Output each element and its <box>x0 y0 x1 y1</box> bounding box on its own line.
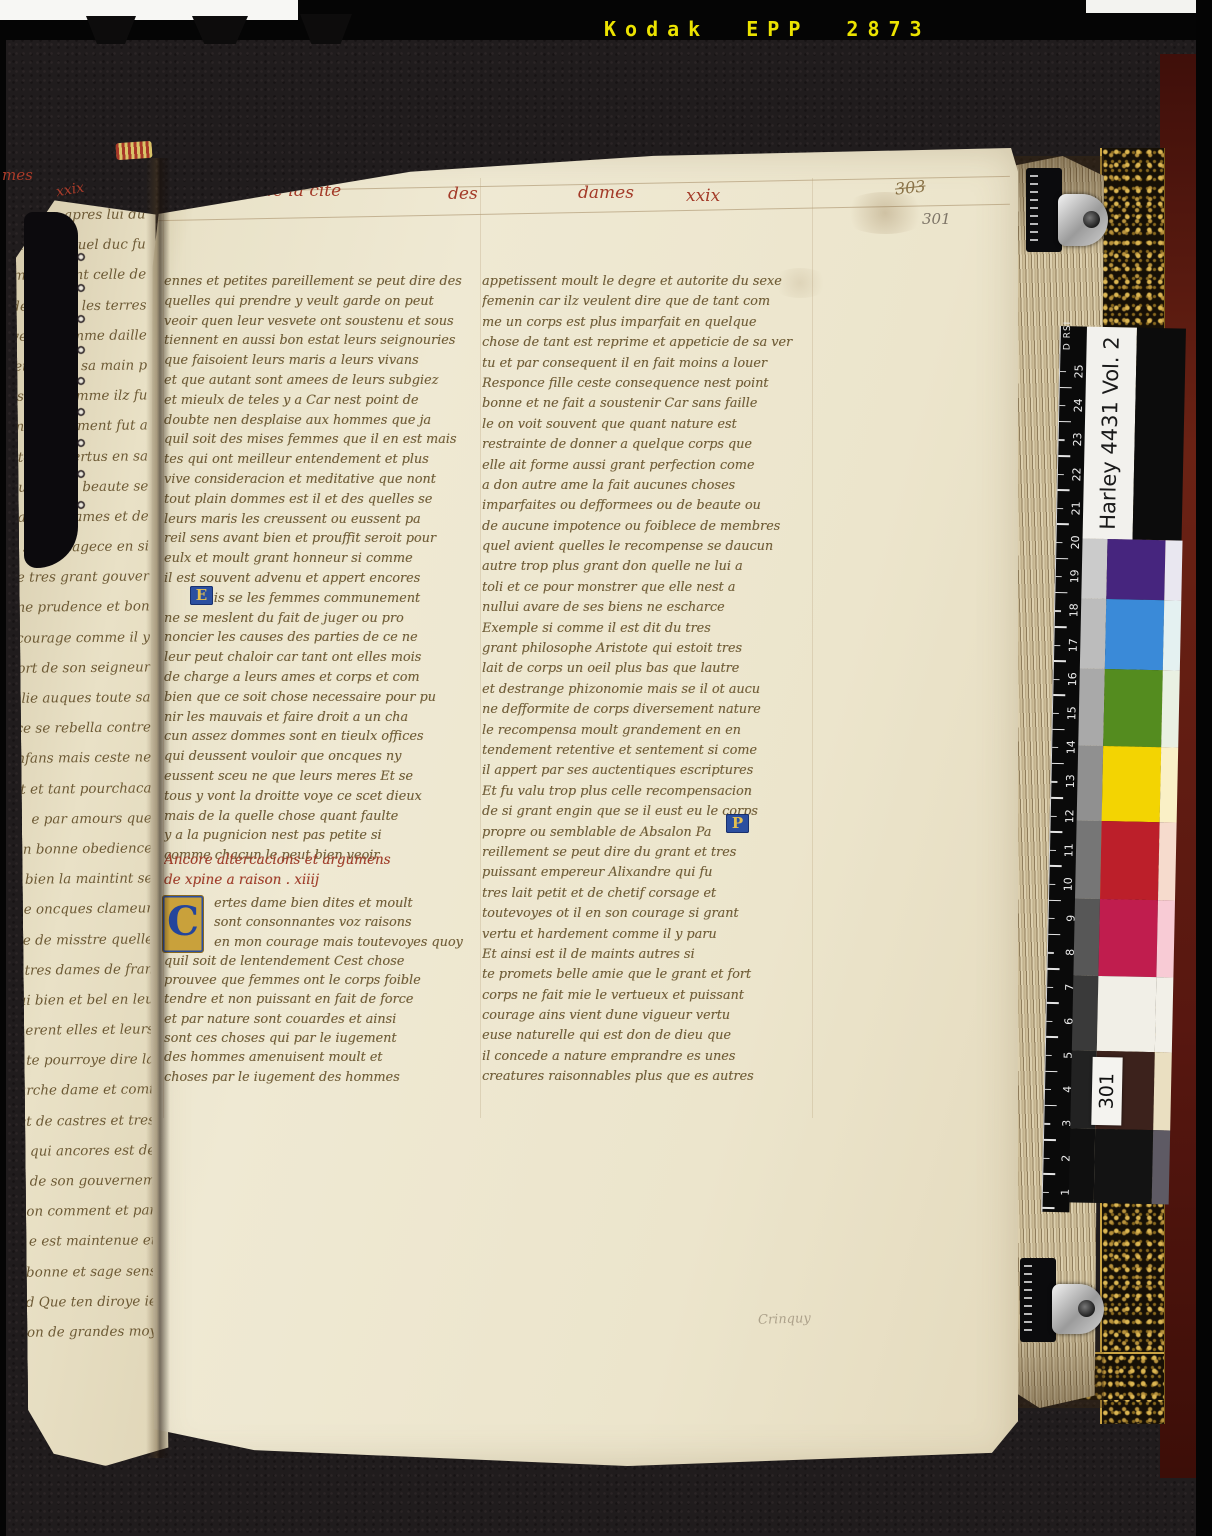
ruler-unit: 17 <box>1054 628 1082 663</box>
ruler-number: 24 <box>1072 399 1085 413</box>
ruler-mid-tick <box>1048 952 1054 953</box>
chapter-rubric: Ancore altercacions et argumensde xpine … <box>164 850 482 890</box>
manuscript-line: d Que ten diroye ie <box>27 1286 157 1318</box>
ruling-line-vertical <box>812 178 813 1118</box>
ruler-number: 10 <box>1062 877 1075 891</box>
manuscript-line: vive consideracion et meditative que non… <box>164 470 482 490</box>
ruler-tick <box>1043 1207 1055 1209</box>
manuscript-line: e de son gouvernem <box>25 1165 155 1197</box>
manuscript-line: eulx et moult grant honneur si comme <box>164 549 482 569</box>
manuscript-line: et mieulx de teles y a Car nest point de <box>164 391 482 411</box>
manuscript-line: de si grant engin que se il eust eu le c… <box>482 802 812 822</box>
ruler-unit: 16 <box>1053 662 1081 697</box>
gutter-shadow <box>146 158 170 1458</box>
ruler-unit: 6 <box>1046 1004 1074 1039</box>
manuscript-line: st et tant pourchaca <box>21 773 151 805</box>
ruler-unit: 12 <box>1050 799 1078 834</box>
champ-initial-left: E <box>190 586 213 605</box>
ruler-number: 23 <box>1071 433 1084 447</box>
color-calibration-bar: D RSI 2524232221201918171615141312111098… <box>1041 326 1188 1214</box>
clip-markings <box>1024 1265 1032 1335</box>
ruler-mid-tick <box>1044 1123 1050 1124</box>
ruler-mid-tick <box>1059 439 1065 440</box>
color-patch-row-magenta <box>1073 898 1175 977</box>
manuscript-line: y a la pugnicion nest pas petite si <box>164 826 482 846</box>
manuscript-line: tiennent en aussi bon estat leurs seigno… <box>164 331 482 351</box>
manuscript-line: sont consonnantes voz raisons <box>164 913 482 932</box>
ruler-mid-tick <box>1047 987 1053 988</box>
grayscale-step <box>1081 539 1107 600</box>
color-patch <box>1094 1129 1154 1204</box>
running-header-word: xxix <box>686 186 720 206</box>
ruler-number: 25 <box>1072 364 1085 378</box>
color-patch-row-green <box>1078 668 1180 747</box>
color-patch <box>1097 976 1157 1052</box>
ruler-mid-tick <box>1054 645 1060 646</box>
tint-patch <box>1164 540 1182 600</box>
tint-patch <box>1163 600 1181 670</box>
manuscript-line: ennes et petites pareillement se peut di… <box>164 272 482 292</box>
manuscript-line: bien que ce soit chose necessaire pour p… <box>164 688 482 708</box>
ruler-number: 12 <box>1063 809 1076 823</box>
tint-patch <box>1156 900 1175 977</box>
tint-patch <box>1160 747 1179 822</box>
running-header-word: des <box>448 184 478 204</box>
manuscript-line: et de castres et tres <box>25 1105 155 1137</box>
endband <box>115 141 152 160</box>
tint-patch <box>1161 670 1180 747</box>
ruler-mid-tick <box>1053 713 1059 714</box>
manuscript-line: tous y vont la droitte voye ce scet dieu… <box>164 787 482 807</box>
manuscript-line: en mon courage mais toutevoyes quoy <box>164 933 482 952</box>
ruler-number: 14 <box>1065 740 1078 754</box>
color-patch <box>1098 899 1158 977</box>
manuscript-line: courage comme il y <box>20 622 150 654</box>
left-folio-header-fragment: mes <box>2 166 33 184</box>
grayscale-step <box>1077 745 1104 821</box>
manuscript-line: de aucune impotence ou foiblece de membr… <box>482 517 812 537</box>
manuscript-line: grant philosophe Aristote qui estoit tre… <box>482 639 812 659</box>
manuscript-line: reillement se peut dire du grant et tres <box>482 843 812 863</box>
manuscript-line: autre trop plus grant don quelle ne lui … <box>482 557 812 577</box>
manuscript-line: le recompensa moult grandement en en <box>482 721 812 741</box>
tint-patch <box>1158 822 1177 900</box>
manuscript-line: nce se rebella contre <box>21 713 151 745</box>
ruler-number: 19 <box>1068 570 1081 584</box>
pencil-inscription: Crinquy <box>758 1311 811 1328</box>
ruler-mid-tick <box>1050 850 1056 851</box>
folio-sticker: 301 <box>1091 1057 1122 1126</box>
ruler-unit: 1 <box>1043 1175 1071 1210</box>
manuscript-line: propre ou semblable de Absalon Pa <box>482 823 812 843</box>
ruler-mid-tick <box>1057 508 1063 509</box>
ruler-unit: 23 <box>1058 422 1086 457</box>
manuscript-line: tendre et non puissant en fait de force <box>164 990 482 1009</box>
manuscript-line: nir les mauvais et faire droit a un cha <box>164 708 482 728</box>
manuscript-line: tes qui ont meilleur entendement et plus <box>164 450 482 470</box>
manuscript-line: toli et ce pour monstrer que elle nest a <box>482 578 812 598</box>
manuscript-line: corps ne fait mie le vertueux et puissan… <box>482 986 812 1006</box>
manuscript-line: nfans mais ceste ne <box>21 743 151 775</box>
manuscript-line: te pourroye dire la <box>24 1045 154 1077</box>
manuscript-line: lait de corps un oeil plus bas que lautr… <box>482 659 812 679</box>
color-patch-row-blue <box>1080 599 1181 671</box>
color-patch <box>1103 669 1163 747</box>
ruler-unit: 11 <box>1050 833 1078 868</box>
manuscript-line: nullui avare de ses biens ne escharce <box>482 598 812 618</box>
ruler-mid-tick <box>1049 884 1055 885</box>
manuscript-line: quel avient quelles le recompense se dau… <box>482 537 812 557</box>
ruler-number: 17 <box>1067 638 1080 652</box>
text-column-right: appetissent moult le degre et autorite d… <box>482 272 812 1088</box>
clip-hole <box>1083 211 1100 228</box>
binder-clip-bottom-handle <box>1052 1284 1104 1334</box>
ruler-mid-tick <box>1046 1021 1052 1022</box>
grayscale-step <box>1080 599 1106 670</box>
ruler-mid-tick <box>1046 1055 1052 1056</box>
sewing-holes <box>76 252 87 530</box>
ruler-mid-tick <box>1056 576 1062 577</box>
manuscript-line: femenin car ilz veulent dire que de tant… <box>482 292 812 312</box>
manuscript-line: on comment et par <box>26 1196 156 1228</box>
black-reference-patch <box>1133 328 1186 541</box>
ruler-unit: 5 <box>1045 1038 1073 1073</box>
manuscript-line: toutevoyes ot il en son courage si grant <box>482 904 812 924</box>
ruler-mid-tick <box>1056 542 1062 543</box>
manuscript-line: te promets belle amie que le grant et fo… <box>482 965 812 985</box>
ruler-unit: 10 <box>1049 867 1077 902</box>
manuscript-line: bonne et ne fait a soustenir Car sans fa… <box>482 394 812 414</box>
manuscript-line: que faisoient leurs maris a leurs vivans <box>164 351 482 371</box>
manuscript-line: arche dame et comt <box>25 1075 155 1107</box>
clip-hole <box>1078 1300 1095 1317</box>
ruler-number: 11 <box>1062 843 1075 857</box>
manuscript-line: creatures raisonnables plus que es autre… <box>482 1067 812 1087</box>
manuscript-line: noncier les causes des parties de ce ne <box>164 628 482 648</box>
manuscript-line: quil soit de lentendement Cest chose <box>164 952 482 971</box>
manuscript-line: ne bonne et sage sens <box>26 1256 156 1288</box>
manuscript-line: mais de la quelle chose quant faulte <box>164 807 482 827</box>
ruler-number: 20 <box>1069 535 1082 549</box>
ruler-mid-tick <box>1051 781 1057 782</box>
ruler-unit: 3 <box>1044 1106 1072 1141</box>
manuscript-line: st bien la maintint se <box>22 863 152 895</box>
manuscript-line: telie auques toute sa <box>20 682 150 714</box>
manuscript-line: e qui ancores est de <box>25 1135 155 1167</box>
manuscript-line: tres dames de fran <box>23 954 153 986</box>
manuscript-line: sont ces choses qui par le iugement <box>164 1029 482 1048</box>
color-patch-row-red <box>1075 820 1177 900</box>
manuscript-line: quil soit des mises femmes que il en est… <box>164 430 482 450</box>
manuscript-line: a don autre ame la fait aucunes choses <box>482 476 812 496</box>
manuscript-line: doubte nen desplaise aux hommes que ja <box>164 411 482 431</box>
manuscript-line: ertes dame bien dites et moult <box>164 894 482 913</box>
manuscript-line: que oncques clameur <box>23 894 153 926</box>
manuscript-line: la mort de son seigneur <box>20 652 150 684</box>
manuscript-line: de charge a leurs ames et corps et com <box>164 668 482 688</box>
manuscript-line: il concede a nature emprandre es unes <box>482 1047 812 1067</box>
manuscript-line: tu et par consequent il en fait moins a … <box>482 354 812 374</box>
manuscript-line: qui deussent vouloir que oncques ny <box>164 747 482 767</box>
manuscript-line: des hommes amenuisent moult et <box>164 1048 482 1067</box>
film-edge-right <box>1196 0 1212 1536</box>
ruler-mid-tick <box>1060 371 1066 372</box>
film-edge-white-left <box>0 0 298 20</box>
page-stain <box>840 192 930 234</box>
manuscript-line: de xpine a raison . xiiij <box>164 870 482 890</box>
manuscript-line: Ancore altercacions et argumens <box>164 850 482 870</box>
ruler-mid-tick <box>1043 1192 1049 1193</box>
grayscale-step <box>1072 975 1099 1051</box>
text-column-left-paragraph: ertes dame bien dites et moultsont conso… <box>164 894 482 1087</box>
manuscript-line: prouvee que femmes ont le corps foible <box>164 971 482 990</box>
color-patch-row-white <box>1072 975 1174 1052</box>
manuscript-line: e est maintenue et <box>26 1226 156 1258</box>
manuscript-line: tres lait petit et de chetif corsage et <box>482 884 812 904</box>
text-column-left: ennes et petites pareillement se peut di… <box>164 272 482 866</box>
grayscale-step <box>1069 1128 1096 1203</box>
manuscript-line: leur peut chaloir car tant ont elles moi… <box>164 648 482 668</box>
manuscript-line: tout plain dommes est il et des quelles … <box>164 490 482 510</box>
ruler-unit: 21 <box>1057 491 1085 526</box>
ruler-top-code: D RSI <box>1062 321 1073 351</box>
manuscript-line: Et ainsi est il de maints autres si <box>482 945 812 965</box>
manuscript-line: veoir quen leur vesvete ont soustenu et … <box>164 312 482 332</box>
manuscript-line: eussent sceu ne que leurs meres Et se <box>164 767 482 787</box>
manuscript-line: euse naturelle qui est don de dieu que <box>482 1026 812 1046</box>
color-patch-row-purple <box>1081 539 1182 601</box>
shelfmark-label: Harley 4431 Vol. 2 <box>1083 327 1137 540</box>
manuscript-line: et par nature sont couardes et ainsi <box>164 1010 482 1029</box>
ruler-number: 16 <box>1066 672 1079 686</box>
clip-markings <box>1030 175 1038 245</box>
ruler-number: 15 <box>1065 706 1078 720</box>
color-patch <box>1106 539 1165 600</box>
film-edge-white-right <box>1086 0 1212 13</box>
binder-clip-bottom-arm <box>1020 1258 1056 1342</box>
color-patch-row-yellow <box>1077 745 1179 822</box>
binder-clip-top-arm <box>1026 168 1062 252</box>
ruler-mid-tick <box>1058 474 1064 475</box>
ruler-mid-tick <box>1045 1089 1051 1090</box>
ruler-mid-tick <box>1054 679 1060 680</box>
ruler-unit: 22 <box>1058 457 1086 492</box>
tint-patch <box>1155 977 1174 1052</box>
ruler-unit: 4 <box>1045 1072 1073 1107</box>
ruler-unit: 9 <box>1048 901 1076 936</box>
manuscript-line: reil sens avant bien et prouffit seroit … <box>164 529 482 549</box>
manuscript-line: chose de tant est reprime et appeticie d… <box>482 333 812 353</box>
color-patch <box>1100 821 1160 900</box>
manuscript-line: Exemple si comme il est dit du tres <box>482 619 812 639</box>
manuscript-line: pe de misstre quelle <box>23 924 153 956</box>
manuscript-line: appetissent moult le degre et autorite d… <box>482 272 812 292</box>
running-header-word: dames <box>578 183 634 203</box>
ruler-unit: 19 <box>1055 559 1083 594</box>
ruler-unit: 8 <box>1048 935 1076 970</box>
color-patch-row-black <box>1069 1128 1171 1204</box>
manuscript-line: me un corps est plus imparfait en quelqu… <box>482 313 812 333</box>
manuscript-line: restrainte de donner a quelque corps que <box>482 435 812 455</box>
manuscript-line: puissant empereur Alixandre qui fu <box>482 863 812 883</box>
ruler-unit: 14 <box>1052 730 1080 765</box>
ruler-unit: 24 <box>1059 388 1087 423</box>
ruler-mid-tick <box>1052 747 1058 748</box>
manuscript-line: choses par le iugement des hommes <box>164 1068 482 1087</box>
binder-clip-top-handle <box>1058 194 1108 246</box>
manuscript-line: nerent elles et leurs <box>24 1014 154 1046</box>
manuscript-line: raine prudence et bon <box>19 592 149 624</box>
color-patch <box>1102 746 1162 822</box>
manuscript-line: e par amours que <box>22 803 152 835</box>
manuscript-line: quelles qui prendre y veult garde on peu… <box>164 292 482 312</box>
ruler-unit: 7 <box>1047 969 1075 1004</box>
tint-patch <box>1153 1052 1172 1130</box>
ruler-unit: 13 <box>1051 764 1079 799</box>
ruler-mid-tick <box>1044 1158 1050 1159</box>
ruler-number: 18 <box>1067 604 1080 618</box>
ruler-unit: 15 <box>1053 696 1081 731</box>
manuscript-line: imparfaites ou defformees ou de beaute o… <box>482 496 812 516</box>
manuscript-line: elle ait forme aussi grant perfection co… <box>482 456 812 476</box>
manuscript-line: Et fu valu trop plus celle recompensacio… <box>482 782 812 802</box>
grayscale-step <box>1075 820 1102 899</box>
champ-initial-right: P <box>726 814 749 833</box>
manuscript-line: et destrange phizonomie mais se il ot au… <box>482 680 812 700</box>
manuscript-line: cun assez dommes sont en tieulx offices <box>164 727 482 747</box>
left-folio-shadow <box>24 212 78 568</box>
manuscript-line: ne defformite de corps diversement natur… <box>482 700 812 720</box>
tint-patch <box>1152 1130 1171 1204</box>
manuscript-line: ne se meslent du fait de juger ou pro <box>164 609 482 629</box>
ruler-unit: 20 <box>1056 525 1084 560</box>
manuscript-line: leurs maris les creussent ou eussent pa <box>164 510 482 530</box>
ruler-unit: 25 <box>1060 354 1088 389</box>
manuscript-line: son de grandes moy <box>27 1316 157 1348</box>
ruler-mid-tick <box>1049 918 1055 919</box>
ruler-number: 13 <box>1064 775 1077 789</box>
manuscript-line: Responce fille ceste consequence nest po… <box>482 374 812 394</box>
color-patch <box>1105 599 1164 670</box>
manuscript-line: qui bien et bel en leu <box>24 984 154 1016</box>
ruler-number: 21 <box>1070 501 1083 515</box>
grayscale-step <box>1073 898 1100 976</box>
ruler-mid-tick <box>1051 816 1057 817</box>
photograph-of-manuscript: Kodak EPP 2873 ne frere apres lui dufran… <box>0 0 1212 1536</box>
main-folio: de la cite des dames xxix 303 301 ennes … <box>150 148 1018 1466</box>
grayscale-step <box>1078 668 1105 746</box>
ruler-unit: 2 <box>1043 1140 1071 1175</box>
manuscript-line: te en bonne obedience <box>22 833 152 865</box>
ruler-mid-tick <box>1055 610 1061 611</box>
manuscript-line: et que autant sont amees de leurs subgie… <box>164 371 482 391</box>
manuscript-line: le on voit souvent que quant nature est <box>482 415 812 435</box>
kodak-film-label: Kodak EPP 2873 <box>604 17 931 41</box>
manuscript-line: courage ains vient dune vigueur vertu <box>482 1006 812 1026</box>
ruler-number: 22 <box>1070 467 1083 481</box>
manuscript-line: il appert par ses auctentiques escriptur… <box>482 761 812 781</box>
ruler-unit: 18 <box>1055 593 1083 628</box>
ruler-mid-tick <box>1059 405 1065 406</box>
manuscript-line: vertu et hardement comme il y paru <box>482 925 812 945</box>
manuscript-line: tendement retentive et sentement si come <box>482 741 812 761</box>
